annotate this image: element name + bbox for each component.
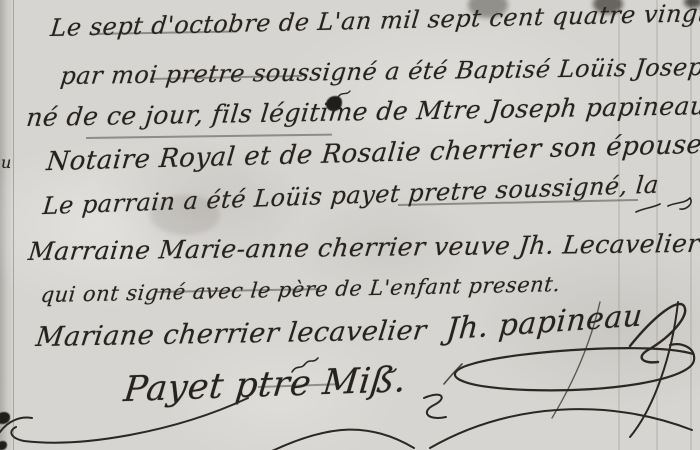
ink-blot-edge	[0, 441, 7, 450]
signature-priest: Payet ptre Miß.	[122, 360, 409, 410]
manuscript-line-2: par moi pretre soussigné a été Baptisé L…	[59, 53, 700, 90]
manuscript-line-7: qui ont signé avec le père de L'enfant p…	[40, 272, 562, 307]
bottom-cutoff-stroke	[430, 409, 692, 448]
manuscript-line-3: né de ce jour, fils légitime de Mtre Jos…	[25, 91, 700, 132]
manuscript-line-6: Marraine Marie-anne cherrier veuve Jh. L…	[27, 229, 700, 266]
pen-stroke	[86, 134, 332, 139]
margin-rule-line	[13, 0, 14, 450]
signature-godmother: Mariane cherrier lecavelier	[34, 315, 428, 353]
line-end-flourish	[636, 198, 691, 212]
stray-stroke	[444, 364, 462, 384]
signature-paraph-loop	[455, 344, 694, 390]
margin-note-fragment: au	[0, 153, 12, 172]
ink-blot-edge	[0, 412, 10, 424]
signature-father: Jh. papineau	[445, 298, 644, 347]
manuscript-page: au Le sept d'octobre de L'an mil sept ce…	[0, 0, 700, 450]
abbreviation-tilde-mtre	[338, 91, 350, 97]
manuscript-line-1: Le sept d'octobre de L'an mil sept cent …	[49, 0, 700, 42]
manuscript-line-5: Le parrain a été Loüis payet pretre sous…	[42, 170, 661, 220]
bottom-cutoff-stroke	[272, 430, 414, 450]
priest-signature-flourish	[424, 395, 446, 418]
